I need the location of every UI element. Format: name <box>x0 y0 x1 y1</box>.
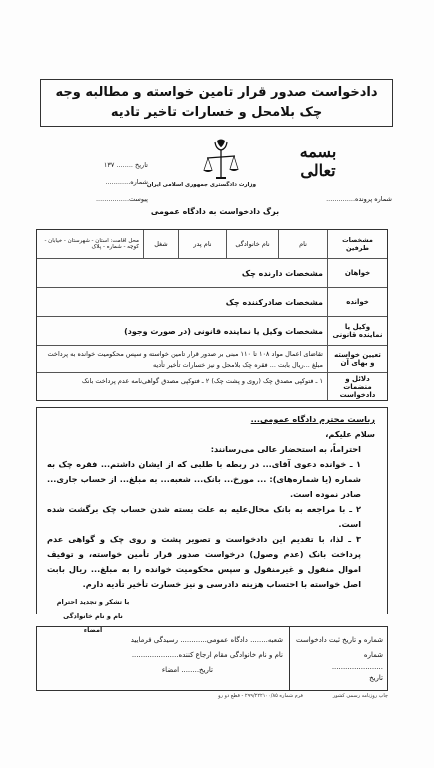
registration-dots: ....................... <box>294 663 383 671</box>
defendant-field[interactable]: مشخصات صادرکننده چک <box>37 288 327 316</box>
closing-text: با تشکر و تجدید احترام <box>48 595 138 609</box>
basmala-heading: بسمه تعالی <box>288 142 348 168</box>
plaintiff-field[interactable]: مشخصات دارنده چک <box>37 259 327 287</box>
row-label: تعیین خواسته و بهای آن <box>327 346 387 372</box>
row-label: خوانده <box>327 288 387 316</box>
document-footer: چاپ روزنامه رسمی کشور فرم شماره ۲۹۹/۲۲۲۱… <box>48 693 388 699</box>
table-row-evidence: دلائل و منضمات دادخواست ۱ ـ فتوکپی مصدق … <box>37 373 387 400</box>
registration-number-field[interactable]: شماره <box>294 648 383 663</box>
letter-paragraph-2: ۲ ـ با مراجعه به بانک محال‌علیه به علت ب… <box>47 502 375 532</box>
header-occupation: شغل <box>143 230 178 258</box>
date-field[interactable]: تاریخ ........ ۱۳۷ <box>48 157 148 174</box>
evidence-field[interactable]: ۱ ـ فتوکپی مصدق چک (روی و پشت چک) ۲ ـ فت… <box>37 373 327 400</box>
emblem-caption: وزارت دادگستری جمهوری اسلامی ایران <box>186 182 256 188</box>
case-number-field[interactable]: شماره پرونده.............. <box>300 195 392 203</box>
letter-salutation: ریاست محترم دادگاه عمومی... <box>47 412 375 427</box>
registration-box: شماره و تاریخ ثبت دادخواست شماره .......… <box>36 626 388 691</box>
letter-paragraph-3: ۳ ـ لذا، با تقدیم این دادخواست و تصویر پ… <box>47 532 375 592</box>
title-line-1: دادخواست صدور قرار تامین خواسته و مطالبه… <box>41 83 392 103</box>
registration-section: شماره و تاریخ ثبت دادخواست شماره .......… <box>289 627 387 690</box>
table-header-row: مشخصات طرفین نام نام خانوادگی نام پدر شغ… <box>37 230 387 259</box>
header-address: محل اقامت: استان - شهرستان - خیابان - کو… <box>37 230 143 258</box>
referral-date-signature-field[interactable]: تاریخ........ امضاء <box>43 663 283 678</box>
table-row-claim: تعیین خواسته و بهای آن تقاضای اعمال مواد… <box>37 346 387 373</box>
table-row-attorney: وکیل یا نماینده قانونی مشخصات وکیل یا نم… <box>37 317 387 346</box>
referral-authority-field[interactable]: نام و نام خانوادگی مقام ارجاع کننده.....… <box>43 648 283 663</box>
row-label: دلائل و منضمات دادخواست <box>327 373 387 400</box>
attorney-field[interactable]: مشخصات وکیل یا نماینده قانونی (در صورت و… <box>37 317 327 345</box>
number-field[interactable]: شماره............ <box>48 174 148 191</box>
letter-greeting: سلام علیکم، <box>47 427 375 442</box>
header-parties: مشخصات طرفین <box>327 230 387 258</box>
letter-paragraph-1: ۱ ـ خوانده دعوی آقای... در ربطه با طلبی … <box>47 457 375 502</box>
row-label: خواهان <box>327 259 387 287</box>
form-code: فرم شماره ۲۹۹/۲۲۲۱۰۰/۸۵ - قطع دو رو <box>218 693 303 699</box>
registration-title: شماره و تاریخ ثبت دادخواست <box>294 633 383 648</box>
printer-credit: چاپ روزنامه رسمی کشور <box>333 693 388 699</box>
signer-name-field[interactable]: نام و نام خانوادگی <box>48 609 138 623</box>
row-label: وکیل یا نماینده قانونی <box>327 317 387 345</box>
title-line-2: چک بلامحل و خسارات تاخیر تادیه <box>41 103 392 123</box>
document-title-box: دادخواست صدور قرار تامین خواسته و مطالبه… <box>40 79 393 127</box>
table-row-plaintiff: خواهان مشخصات دارنده چک <box>37 259 387 288</box>
header-name: نام <box>278 230 327 258</box>
referral-section: شعبه........ دادگاه عمومی............ رس… <box>37 627 289 690</box>
referral-branch-field[interactable]: شعبه........ دادگاه عمومی............ رس… <box>43 633 283 648</box>
letter-intro: احتراماً، به استحضار عالی می‌رسانند: <box>47 442 375 457</box>
parties-table: مشخصات طرفین نام نام خانوادگی نام پدر شغ… <box>36 229 388 401</box>
table-row-defendant: خوانده مشخصات صادرکننده چک <box>37 288 387 317</box>
document-meta: تاریخ ........ ۱۳۷ شماره............ پیو… <box>48 157 148 208</box>
scales-of-justice-icon <box>199 138 243 182</box>
petition-letter: ریاست محترم دادگاه عمومی... سلام علیکم، … <box>36 407 388 614</box>
header-father-name: نام پدر <box>178 230 226 258</box>
header-family-name: نام خانوادگی <box>226 230 278 258</box>
form-heading: برگ دادخواست به دادگاه عمومی <box>150 207 280 216</box>
judiciary-emblem: وزارت دادگستری جمهوری اسلامی ایران <box>186 138 256 192</box>
document-page: دادخواست صدور قرار تامین خواسته و مطالبه… <box>0 0 434 768</box>
registration-date-field[interactable]: تاریخ <box>294 671 383 686</box>
attachment-field[interactable]: پیوست................ <box>48 191 148 208</box>
claim-field[interactable]: تقاضای اعمال مواد ۱۰۸ تا ۱۱۰ مبنی بر صدو… <box>37 346 327 372</box>
